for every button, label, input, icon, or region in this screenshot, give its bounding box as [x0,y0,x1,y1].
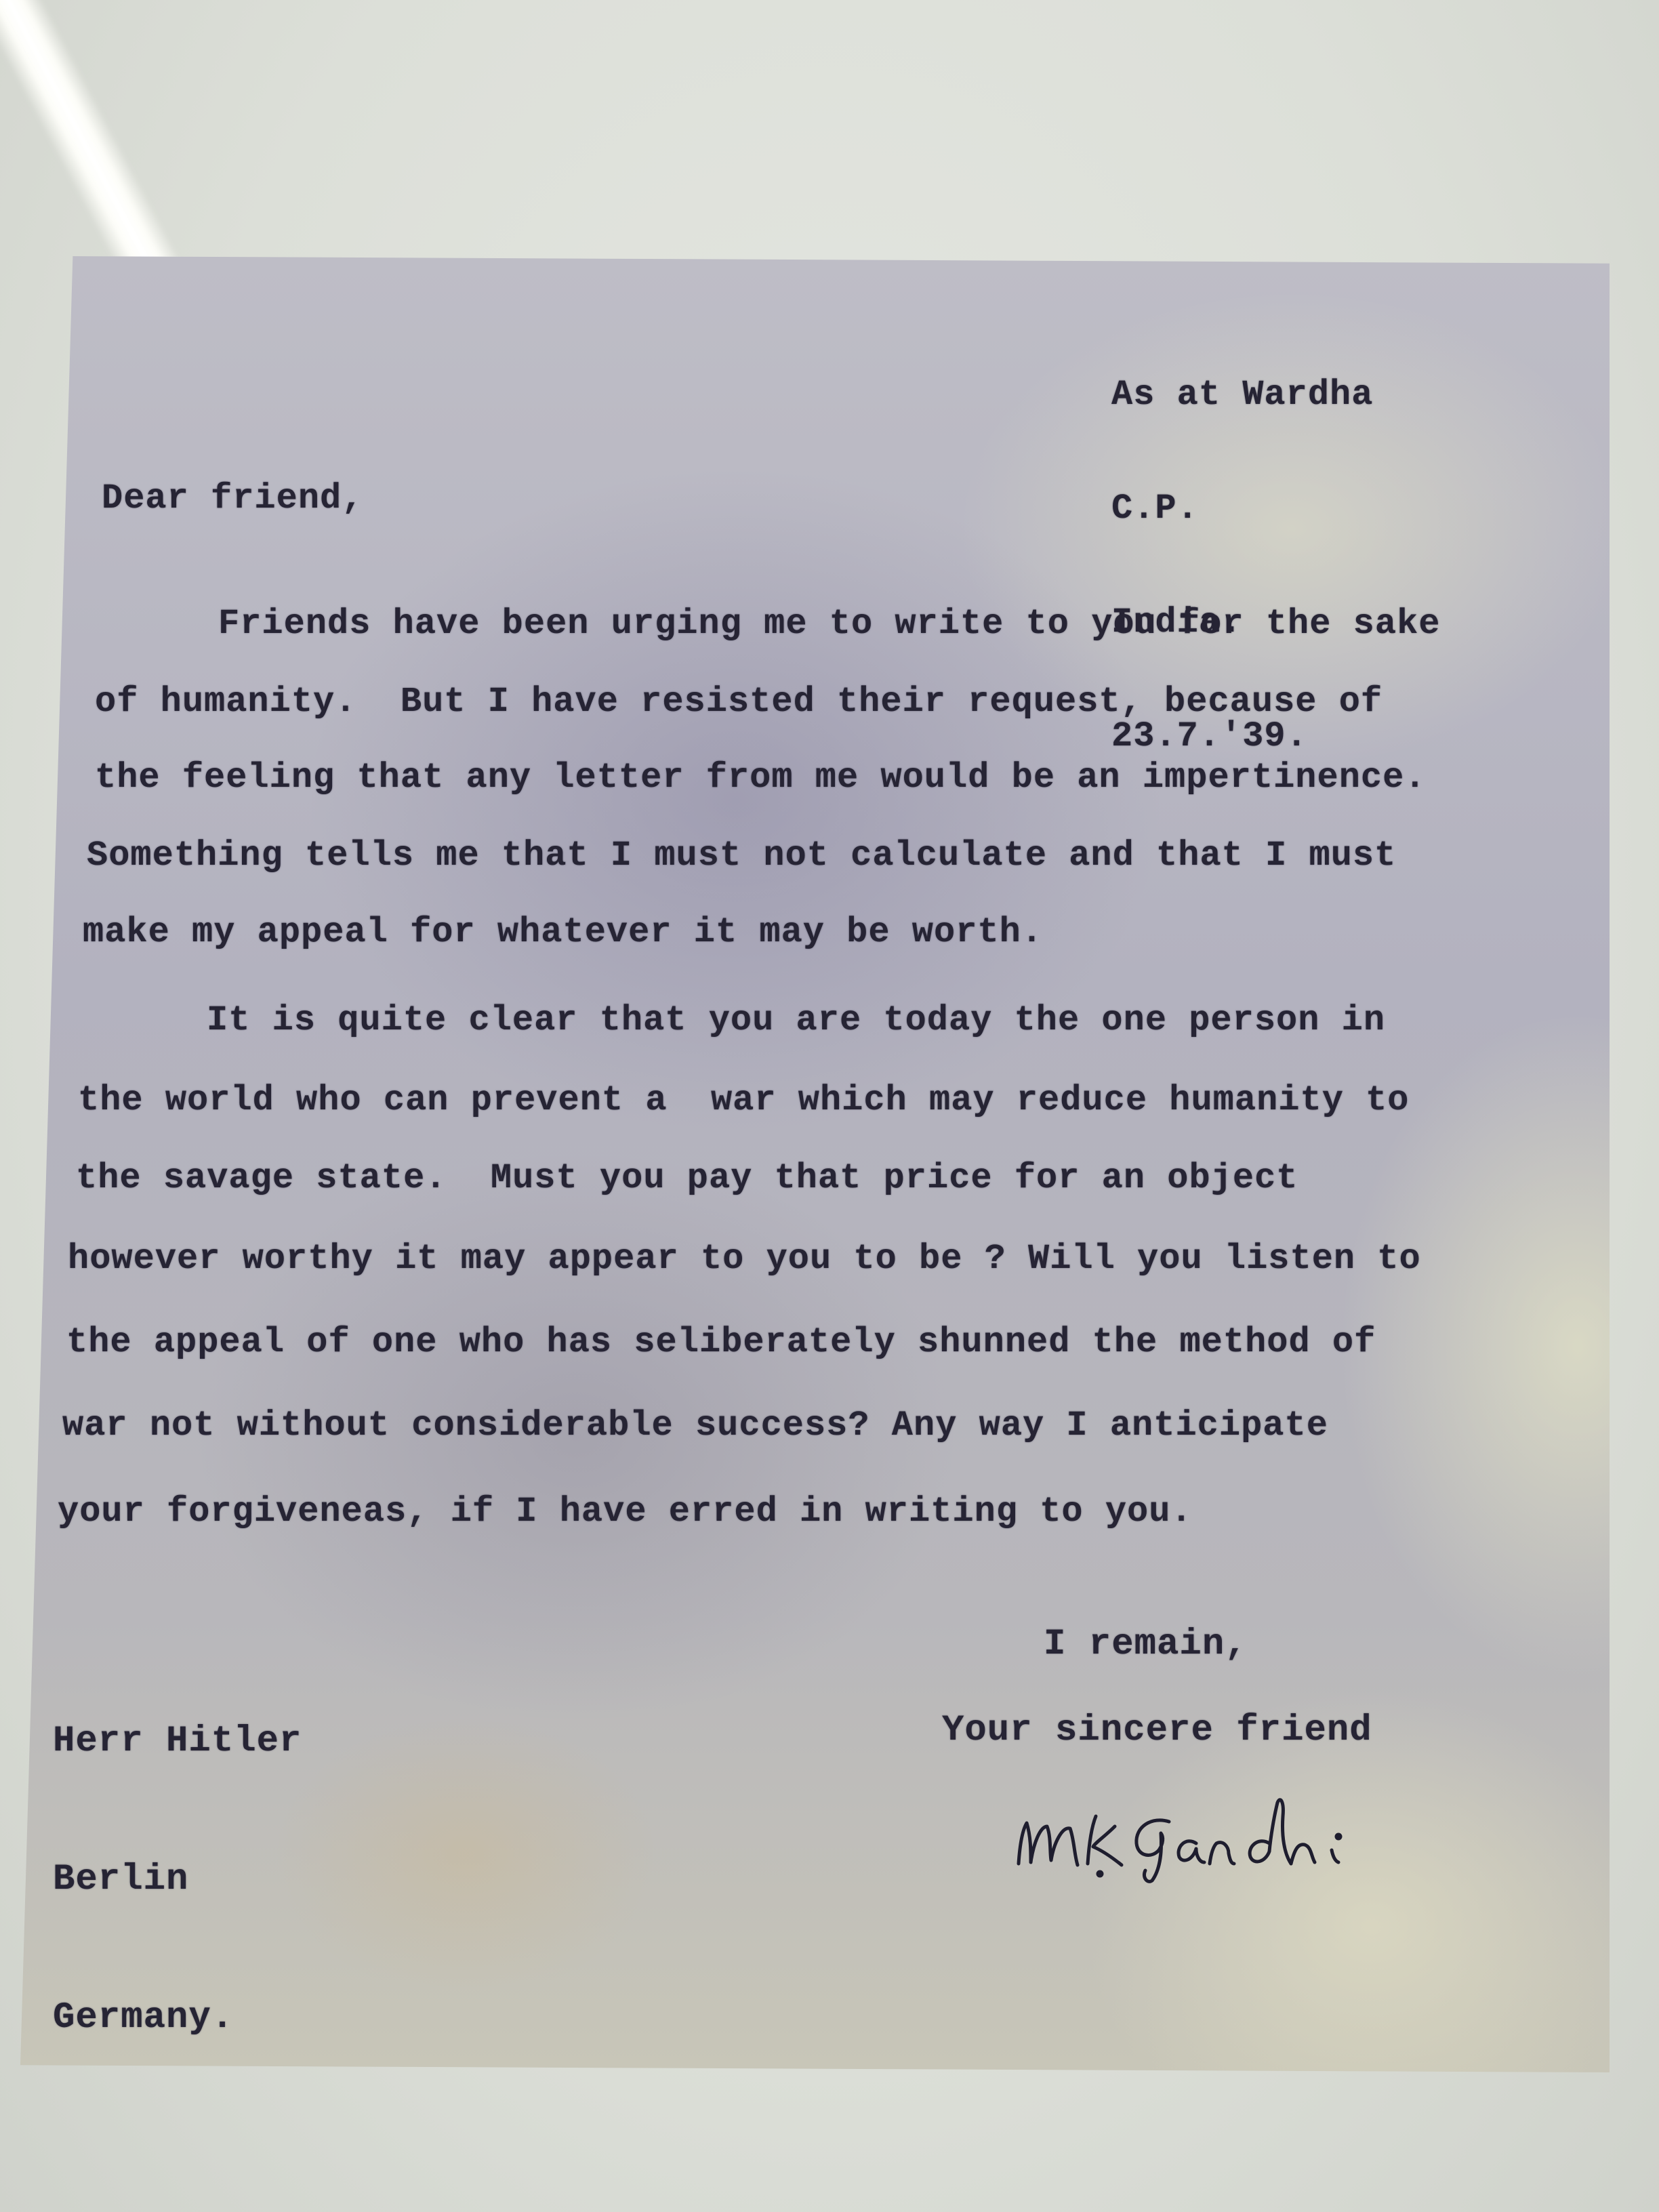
handwritten-signature [1013,1789,1488,1884]
body-line: however worthy it may appear to you to b… [68,1242,1421,1277]
body-line: of humanity. But I have resisted their r… [95,684,1382,720]
letter-date: 23.7.'39. [1111,718,1373,756]
body-line: the savage state. Must you pay that pric… [76,1161,1298,1196]
body-line: the feeling that any letter from me woul… [95,760,1427,796]
addressee-block: Herr Hitler Berlin Germany. [53,1626,302,2087]
body-line: Something tells me that I must not calcu… [87,838,1396,874]
addressee-name: Herr Hitler [53,1719,302,1765]
body-line: war not without considerable success? An… [62,1408,1328,1443]
body-line: It is quite clear that you are today the… [207,1003,1385,1038]
body-line: Friends have been urging me to write to … [218,607,1440,642]
addressee-city: Berlin [53,1857,302,1903]
closing-valediction: Your sincere friend [942,1713,1372,1749]
body-line: your forgiveneas, if I have erred in wri… [58,1494,1193,1530]
addressee-country: Germany. [53,1995,302,2041]
closing-line: I remain, [1044,1626,1248,1663]
address-line: C.P. [1111,490,1373,528]
body-line: the appeal of one who has seliberately s… [66,1325,1376,1360]
signature-icon [1013,1789,1488,1884]
address-line: As at Wardha [1111,376,1373,414]
salutation: Dear friend, [102,481,363,516]
body-line: the world who can prevent a war which ma… [78,1083,1410,1118]
body-line: make my appeal for whatever it may be wo… [83,915,1043,950]
